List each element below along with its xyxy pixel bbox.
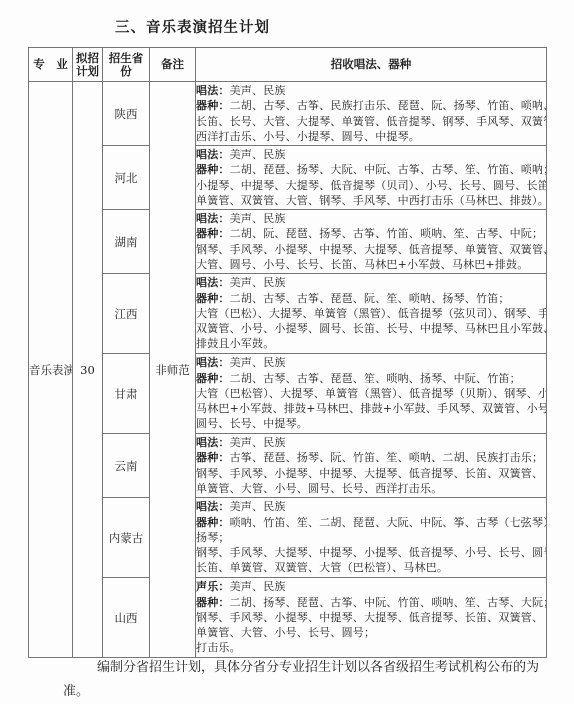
content-line: 马林巴+小军鼓、排鼓+马林巴、排鼓+小军鼓、手风琴、双簧管、小号、长笛、 (196, 401, 546, 416)
content-line: 器种：二胡、扬琴、琵琶、古筝、中阮、竹笛、唢呐、笙、古琴、大阮； (196, 595, 546, 610)
province-cell: 河北 (103, 146, 150, 210)
plan-count-cell: 30 (73, 82, 103, 658)
content-line: 声乐：美声、民族 (196, 579, 546, 594)
content-line-label: 器种： (196, 596, 230, 609)
content-line: 唱法：美声、民族 (196, 83, 546, 98)
province-cell: 甘肃 (103, 354, 150, 434)
content-line: 唱法：美声、民族 (196, 355, 546, 370)
province-cell: 陕西 (103, 82, 150, 146)
content-line-label: 器种： (196, 99, 230, 112)
content-line: 器种：二胡、琵琶、扬琴、大阮、中阮、古筝、古琴、笙、竹笛、唢呐； (196, 162, 546, 177)
content-line: 双簧管、小号、小提琴、圆号、长笛、长号、中提琴、马林巴且小军鼓、 (196, 321, 546, 336)
content-line: 唱法：美声、民族 (196, 147, 546, 162)
content-line: 单簧管、双簧管、大管、钢琴、手风琴、中西打击乐（马林巴、排鼓）。 (196, 193, 546, 208)
header-major: 专 业 (29, 48, 73, 82)
section-title: 三、音乐表演招生计划 (115, 16, 270, 37)
table-row: 山西声乐：美声、民族器种：二胡、扬琴、琵琶、古筝、中阮、竹笛、唢呐、笙、古琴、大… (29, 578, 547, 658)
content-line: 长笛、长号、大管、大提琴、单簧管、低音提琴、钢琴、手风琴、双簧管、 (196, 114, 546, 129)
header-note: 备注 (150, 48, 196, 82)
header-plan: 拟招计划 (73, 48, 103, 82)
content-line-label: 器种： (196, 451, 230, 464)
footer-note: 编制分省招生计划，具体分省分专业招生计划以各省级招生考试机构公布的为准。 (63, 656, 557, 703)
content-line: 唱法：美声、民族 (196, 499, 546, 514)
content-line-label: 唱法： (196, 148, 230, 161)
table-row: 湖南唱法：美声、民族器种：二胡、阮、琵琶、扬琴、古筝、竹笛、唢呐、笙、古琴、中阮… (29, 210, 547, 274)
province-cell: 内蒙古 (103, 498, 150, 578)
footer-line-1: 编制分省招生计划，具体分省分专业招生计划以各省级招生考试机构公布的为 (97, 660, 539, 675)
content-line-label: 器种： (196, 227, 230, 240)
content-line: 器种：二胡、古琴、古筝、琵琶、笙、唢呐、扬琴、中阮、竹笛； (196, 371, 546, 386)
content-line: 扬琴； (196, 530, 546, 545)
major-cell: 音乐表演 (29, 82, 73, 658)
footer-line-2: 准。 (63, 684, 89, 699)
header-content: 招收唱法、器种 (196, 48, 547, 82)
content-line: 大管（巴松管）、大提琴、单簧管（黑管）、低音提琴（贝斯）、钢琴、小提琴、 (196, 386, 546, 401)
content-line-label: 唱法： (196, 436, 230, 449)
content-line: 唱法：美声、民族 (196, 211, 546, 226)
table-row: 江西唱法：美声、民族器种：二胡、古琴、古筝、琵琶、阮、笙、唢呐、扬琴、竹笛；大管… (29, 274, 547, 354)
content-line: 器种：二胡、阮、琵琶、扬琴、古筝、竹笛、唢呐、笙、古琴、中阮； (196, 226, 546, 241)
content-line: 长笛、单簧管、双簧管、大管（巴松管）、马林巴。 (196, 560, 546, 575)
content-cell: 唱法：美声、民族器种：二胡、阮、琵琶、扬琴、古筝、竹笛、唢呐、笙、古琴、中阮；钢… (196, 210, 547, 274)
content-cell: 唱法：美声、民族器种：二胡、古琴、古筝、民族打击乐、琵琶、阮、扬琴、竹笛、唢呐、… (196, 82, 547, 146)
content-cell: 唱法：美声、民族器种：二胡、古琴、古筝、琵琶、阮、笙、唢呐、扬琴、竹笛；大管（巴… (196, 274, 547, 354)
content-line-label: 唱法： (196, 84, 230, 97)
province-cell: 云南 (103, 434, 150, 498)
table-row: 内蒙古唱法：美声、民族器种：唢呐、竹笛、笙、二胡、琵琶、大阮、中阮、筝、古琴（七… (29, 498, 547, 578)
content-line: 唱法：美声、民族 (196, 435, 546, 450)
content-line-label: 器种： (196, 163, 230, 176)
province-cell: 江西 (103, 274, 150, 354)
content-line: 大管（巴松）、大提琴、单簧管（黑管）、低音提琴（弦贝司）、钢琴、手风琴、 (196, 306, 546, 321)
note-cell: 非师范 (150, 82, 196, 658)
content-line: 西洋打击乐、小号、小提琴、圆号、中提琴。 (196, 129, 546, 144)
content-line: 钢琴、手风琴、小提琴、中提琴、大提琴、低音提琴、长笛、双簧管、 (196, 610, 546, 625)
content-line: 器种：二胡、古琴、古筝、民族打击乐、琵琶、阮、扬琴、竹笛、唢呐、笙； (196, 98, 546, 113)
enrollment-plan-table: 专 业 拟招计划 招生省份 备注 招收唱法、器种 音乐表演30陕西非师范唱法：美… (28, 47, 547, 658)
table-row: 云南唱法：美声、民族器种：古筝、琵琶、扬琴、阮、竹笛、笙、唢呐、二胡、民族打击乐… (29, 434, 547, 498)
content-line: 单簧管、大管、小号、长号、圆号； (196, 625, 546, 640)
table-row: 音乐表演30陕西非师范唱法：美声、民族器种：二胡、古琴、古筝、民族打击乐、琵琶、… (29, 82, 547, 146)
table-row: 甘肃唱法：美声、民族器种：二胡、古琴、古筝、琵琶、笙、唢呐、扬琴、中阮、竹笛；大… (29, 354, 547, 434)
document-page: 三、音乐表演招生计划 专 业 拟招计划 招生省份 备注 招收唱法、器种 音乐表演… (0, 0, 574, 704)
content-cell: 唱法：美声、民族器种：唢呐、竹笛、笙、二胡、琵琶、大阮、中阮、筝、古琴（七弦琴）… (196, 498, 547, 578)
content-line: 器种：二胡、古琴、古筝、琵琶、阮、笙、唢呐、扬琴、竹笛； (196, 291, 546, 306)
content-line: 大管、圆号、小号、长号、长笛、马林巴+小军鼓、马林巴+排鼓。 (196, 257, 546, 272)
content-line-label: 唱法： (196, 276, 230, 289)
content-cell: 唱法：美声、民族器种：二胡、琵琶、扬琴、大阮、中阮、古筝、古琴、笙、竹笛、唢呐；… (196, 146, 547, 210)
content-line-label: 器种： (196, 372, 230, 385)
province-cell: 湖南 (103, 210, 150, 274)
content-line: 钢琴、手风琴、大提琴、中提琴、小提琴、低音提琴、小号、长号、圆号、 (196, 545, 546, 560)
header-row: 专 业 拟招计划 招生省份 备注 招收唱法、器种 (29, 48, 547, 82)
content-line-label: 唱法： (196, 500, 230, 513)
content-line: 小提琴、中提琴、大提琴、低音提琴（贝司）、小号、长号、圆号、长笛、 (196, 178, 546, 193)
content-line: 器种：唢呐、竹笛、笙、二胡、琵琶、大阮、中阮、筝、古琴（七弦琴）、 (196, 515, 546, 530)
content-line: 唱法：美声、民族 (196, 275, 546, 290)
content-line-label: 器种： (196, 292, 230, 305)
content-line-label: 唱法： (196, 356, 230, 369)
content-line: 器种：古筝、琵琶、扬琴、阮、竹笛、笙、唢呐、二胡、民族打击乐； (196, 450, 546, 465)
content-cell: 声乐：美声、民族器种：二胡、扬琴、琵琶、古筝、中阮、竹笛、唢呐、笙、古琴、大阮；… (196, 578, 547, 658)
content-line-label: 声乐： (196, 580, 230, 593)
content-cell: 唱法：美声、民族器种：二胡、古琴、古筝、琵琶、笙、唢呐、扬琴、中阮、竹笛；大管（… (196, 354, 547, 434)
content-line: 钢琴、手风琴、小提琴、中提琴、大提琴、低音提琴、单簧管、双簧管、 (196, 242, 546, 257)
content-line-label: 唱法： (196, 212, 230, 225)
content-cell: 唱法：美声、民族器种：古筝、琵琶、扬琴、阮、竹笛、笙、唢呐、二胡、民族打击乐；钢… (196, 434, 547, 498)
content-line: 单簧管、大管、小号、圆号、长号、西洋打击乐。 (196, 481, 546, 496)
content-line: 圆号、长号、中提琴。 (196, 416, 546, 431)
table-row: 河北唱法：美声、民族器种：二胡、琵琶、扬琴、大阮、中阮、古筝、古琴、笙、竹笛、唢… (29, 146, 547, 210)
content-line: 钢琴、手风琴、小提琴、中提琴、大提琴、低音提琴、长笛、双簧管、 (196, 466, 546, 481)
province-cell: 山西 (103, 578, 150, 658)
content-line: 打击乐。 (196, 640, 546, 655)
content-line-label: 器种： (196, 516, 230, 529)
content-line: 排鼓且小军鼓。 (196, 336, 546, 351)
header-province: 招生省份 (103, 48, 150, 82)
